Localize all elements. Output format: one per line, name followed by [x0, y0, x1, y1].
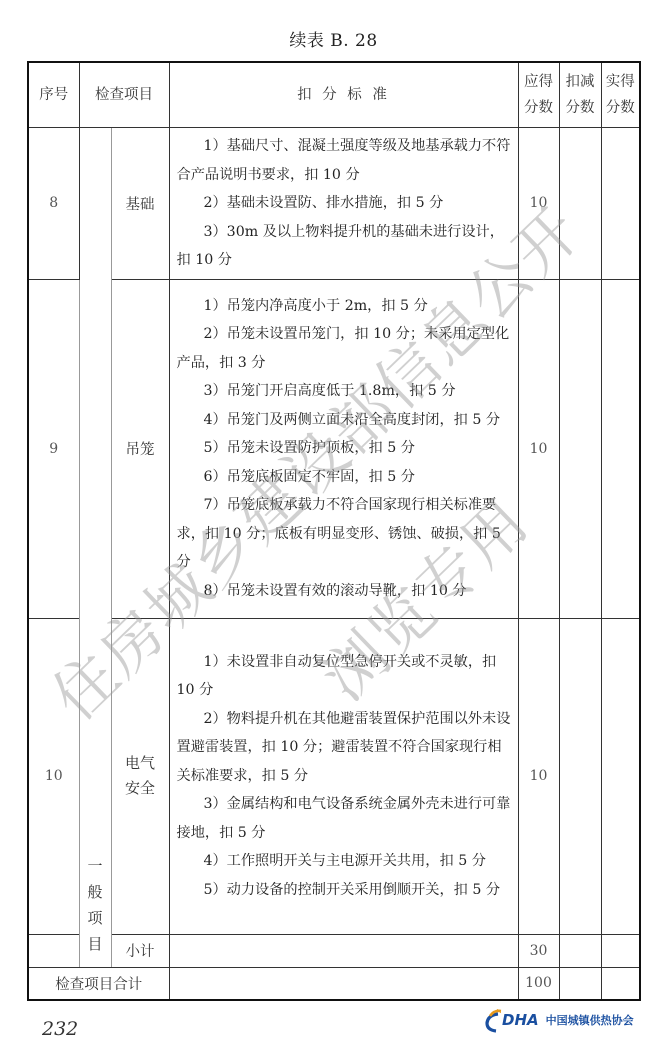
row-item: 基础	[111, 128, 169, 280]
row-deduct[interactable]	[559, 618, 601, 934]
header-actual-l2: 分数	[606, 100, 635, 116]
inspection-table: 序号 检查项目 扣 分 标 准 应得分数 扣减分数 实得分数 8 一般项目 基础…	[27, 61, 641, 1001]
criteria-line: 2）吊笼未设置吊笼门，扣 10 分；未采用定型化产品，扣 3 分	[177, 320, 512, 377]
row-deduct[interactable]	[559, 128, 601, 280]
header-seq: 序号	[28, 62, 79, 128]
criteria-line: 5）动力设备的控制开关采用倒顺开关，扣 5 分	[177, 876, 512, 905]
criteria-line: 3）吊笼门开启高度低于 1.8m，扣 5 分	[177, 377, 512, 406]
table-row: 10 电气安全 1）未设置非自动复位型急停开关或不灵敏，扣 10 分 2）物料提…	[28, 618, 640, 934]
logo-text: 中国城镇供热协会	[546, 1012, 634, 1028]
subtotal-row: 小计 30	[28, 934, 640, 967]
subtotal-deduct[interactable]	[559, 934, 601, 967]
row-criteria: 1）基础尺寸、混凝土强度等级及地基承载力不符合产品说明书要求，扣 10 分 2）…	[169, 128, 518, 280]
table-caption: 续表 B. 28	[0, 26, 667, 51]
criteria-line: 1）吊笼内净高度小于 2m，扣 5 分	[177, 292, 512, 321]
row-seq: 9	[28, 279, 79, 618]
criteria-line: 8）吊笼未设置有效的滚动导靴，扣 10 分	[177, 577, 512, 606]
total-criteria	[169, 967, 518, 1000]
header-item-label: 检查项目	[95, 87, 153, 103]
subtotal-criteria	[169, 934, 518, 967]
row-item-label: 电气安全	[124, 751, 157, 801]
table-row: 9 吊笼 1）吊笼内净高度小于 2m，扣 5 分 2）吊笼未设置吊笼门，扣 10…	[28, 279, 640, 618]
header-item: 检查项目	[79, 62, 169, 128]
row-deduct[interactable]	[559, 279, 601, 618]
row-due-score: 10	[518, 618, 559, 934]
subtotal-seq	[28, 934, 79, 967]
total-actual[interactable]	[601, 967, 640, 1000]
criteria-line: 3）30m 及以上物料提升机的基础未进行设计，扣 10 分	[177, 218, 512, 275]
subtotal-actual[interactable]	[601, 934, 640, 967]
row-actual[interactable]	[601, 279, 640, 618]
row-seq: 10	[28, 618, 79, 934]
criteria-line: 1）基础尺寸、混凝土强度等级及地基承载力不符合产品说明书要求，扣 10 分	[177, 132, 512, 189]
row-actual[interactable]	[601, 618, 640, 934]
criteria-line: 5）吊笼未设置防护顶板，扣 5 分	[177, 434, 512, 463]
header-criteria-label: 扣 分 标 准	[297, 87, 390, 103]
header-due-score: 应得分数	[518, 62, 559, 128]
header-deduct: 扣减分数	[559, 62, 601, 128]
criteria-line: 2）基础未设置防、排水措施，扣 5 分	[177, 189, 512, 218]
subtotal-label: 小计	[111, 934, 169, 967]
header-actual: 实得分数	[601, 62, 640, 128]
header-due-score-l2: 分数	[524, 100, 553, 116]
publisher-logo: DHA 中国城镇供热协会	[484, 1008, 634, 1032]
header-deduct-l2: 分数	[566, 100, 595, 116]
criteria-line: 4）吊笼门及两侧立面未沿全高度封闭，扣 5 分	[177, 406, 512, 435]
row-seq: 8	[28, 128, 79, 280]
header-deduct-l1: 扣减	[566, 74, 595, 90]
logo-arc-icon	[484, 1009, 500, 1031]
criteria-line: 1）未设置非自动复位型急停开关或不灵敏，扣 10 分	[177, 648, 512, 705]
row-item: 吊笼	[111, 279, 169, 618]
header-seq-label: 序号	[39, 87, 68, 103]
criteria-line: 7）吊笼底板承载力不符合国家现行相关标准要求，扣 10 分；底板有明显变形、锈蚀…	[177, 491, 512, 577]
logo-mark: DHA	[500, 1011, 539, 1029]
row-criteria: 1）未设置非自动复位型急停开关或不灵敏，扣 10 分 2）物料提升机在其他避雷装…	[169, 618, 518, 934]
header-row: 序号 检查项目 扣 分 标 准 应得分数 扣减分数 实得分数	[28, 62, 640, 128]
row-due-score: 10	[518, 128, 559, 280]
page-number: 232	[42, 1018, 78, 1040]
header-criteria: 扣 分 标 准	[169, 62, 518, 128]
group-label: 一般项目	[87, 853, 104, 957]
row-due-score: 10	[518, 279, 559, 618]
subtotal-due-score: 30	[518, 934, 559, 967]
header-due-score-l1: 应得	[524, 74, 553, 90]
row-item: 电气安全	[111, 618, 169, 934]
criteria-line: 3）金属结构和电气设备系统金属外壳未进行可靠接地，扣 5 分	[177, 790, 512, 847]
criteria-line: 4）工作照明开关与主电源开关共用，扣 5 分	[177, 847, 512, 876]
total-deduct[interactable]	[559, 967, 601, 1000]
table-row: 8 一般项目 基础 1）基础尺寸、混凝土强度等级及地基承载力不符合产品说明书要求…	[28, 128, 640, 280]
total-due-score: 100	[518, 967, 559, 1000]
group-cell: 一般项目	[79, 128, 111, 968]
total-label: 检查项目合计	[28, 967, 169, 1000]
total-row: 检查项目合计 100	[28, 967, 640, 1000]
header-actual-l1: 实得	[606, 74, 635, 90]
row-criteria: 1）吊笼内净高度小于 2m，扣 5 分 2）吊笼未设置吊笼门，扣 10 分；未采…	[169, 279, 518, 618]
criteria-line: 6）吊笼底板固定不牢固，扣 5 分	[177, 463, 512, 492]
criteria-line: 2）物料提升机在其他避雷装置保护范围以外未设置避雷装置，扣 10 分；避雷装置不…	[177, 705, 512, 791]
row-actual[interactable]	[601, 128, 640, 280]
